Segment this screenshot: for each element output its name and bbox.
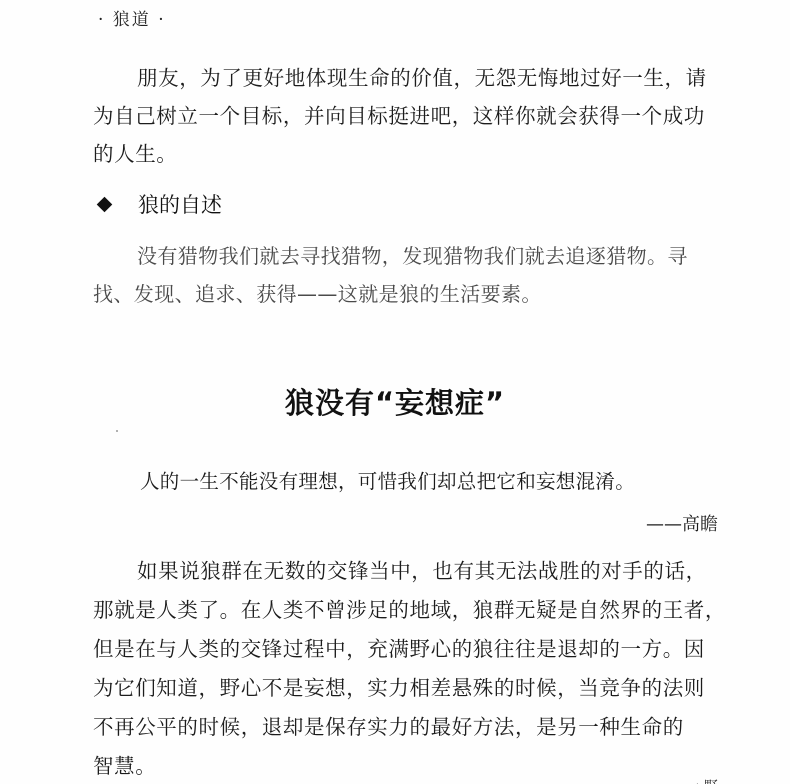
cut-off-text-fragment: 一 野 [686,776,718,784]
paragraph-line: 智慧。 [93,747,723,784]
paragraph-line: 找、发现、追求、获得——这就是狼的生活要素。 [93,275,723,313]
diamond-bullet-icon [97,196,113,212]
epigraph-quote: 人的一生不能没有理想，可惜我们却总把它和妄想混淆。 [140,466,635,494]
paragraph-body: 如果说狼群在无数的交锋当中，也有其无法战胜的对手的话， 那就是人类了。在人类不曾… [93,552,723,784]
running-header: · 狼道 · [98,5,166,30]
epigraph-attribution: ——高瞻 [646,510,718,536]
paragraph-line: 为自己树立一个目标，并向目标挺进吧，这样你就会获得一个成功 [93,97,723,135]
section-title: 狼没有“妄想症” [0,381,790,422]
subheading-text: 狼的自述 [138,189,222,219]
paragraph-wolf-self-description: 没有猎物我们就去寻找猎物，发现猎物我们就去追逐猎物。寻 找、发现、追求、获得——… [93,237,723,313]
scan-speck [116,430,118,432]
paragraph-line: 如果说狼群在无数的交锋当中，也有其无法战胜的对手的话， [93,552,723,591]
paragraph-line: 那就是人类了。在人类不曾涉足的地域，狼群无疑是自然界的王者， [93,591,723,630]
paragraph-line: 不再公平的时候，退却是保存实力的最好方法，是另一种生命的 [93,708,723,747]
paragraph-line: 为它们知道，野心不是妄想，实力相差悬殊的时候，当竞争的法则 [93,669,723,708]
paragraph-line: 的人生。 [93,135,723,173]
paragraph-line: 但是在与人类的交锋过程中，充满野心的狼往往是退却的一方。因 [93,630,723,669]
book-page: · 狼道 · 朋友，为了更好地体现生命的价值，无怨无悔地过好一生，请 为自己树立… [0,0,790,784]
subheading: 狼的自述 [96,189,222,219]
paragraph-intro: 朋友，为了更好地体现生命的价值，无怨无悔地过好一生，请 为自己树立一个目标，并向… [93,59,723,173]
paragraph-line: 没有猎物我们就去寻找猎物，发现猎物我们就去追逐猎物。寻 [93,237,723,275]
paragraph-line: 朋友，为了更好地体现生命的价值，无怨无悔地过好一生，请 [93,59,723,97]
